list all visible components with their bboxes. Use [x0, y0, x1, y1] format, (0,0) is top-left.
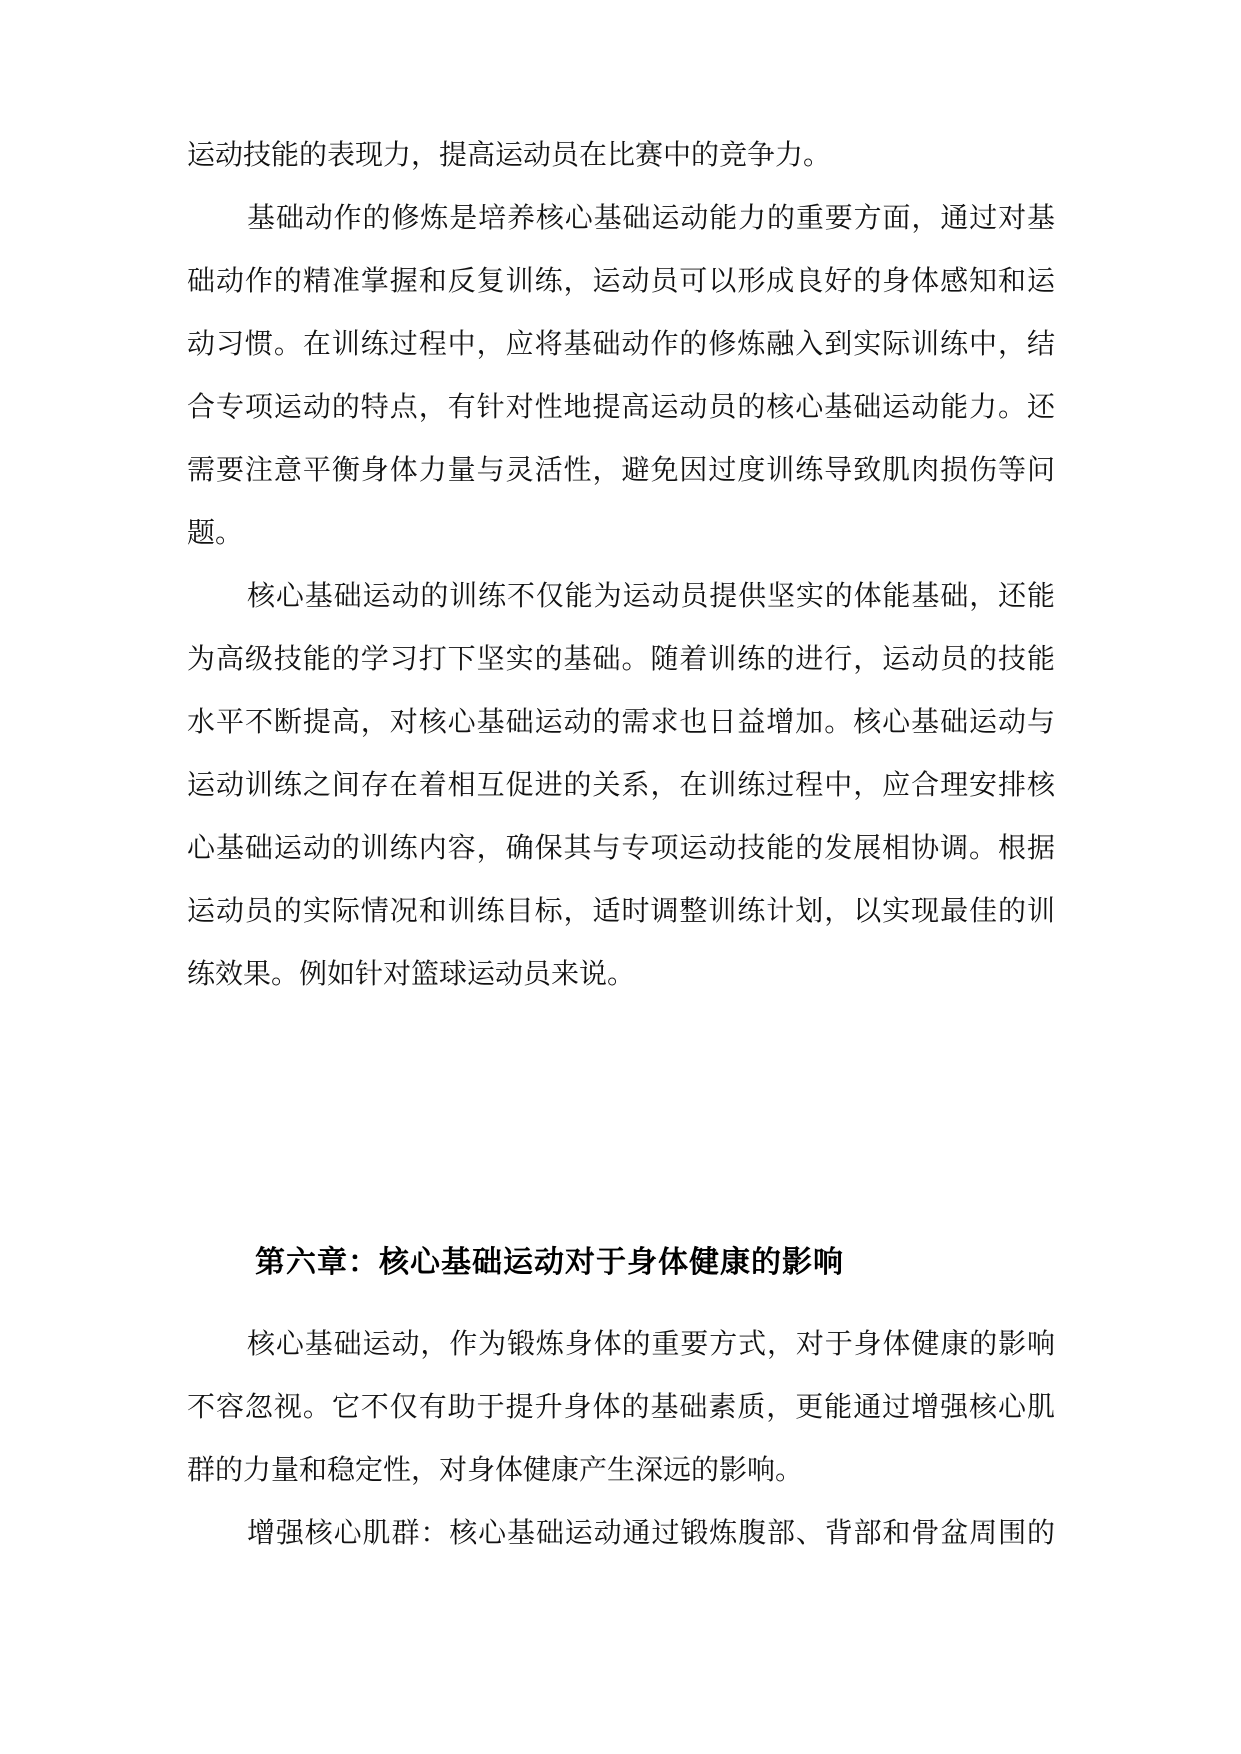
- paragraph-line: 运动训练之间存在着相互促进的关系，在训练过程中，应合理安排核: [187, 767, 1055, 803]
- paragraph-line: 需要注意平衡身体力量与灵活性，避免因过度训练导致肌肉损伤等问: [187, 452, 1055, 488]
- paragraph-line: 核心基础运动的训练不仅能为运动员提供坚实的体能基础，还能: [247, 578, 1055, 614]
- paragraph-line: 基础动作的修炼是培养核心基础运动能力的重要方面，通过对基: [247, 200, 1055, 236]
- paragraph-line: 运动员的实际情况和训练目标，适时调整训练计划，以实现最佳的训: [187, 893, 1055, 929]
- paragraph-line: 群的力量和稳定性，对身体健康产生深远的影响。: [187, 1452, 1055, 1488]
- paragraph-line: 心基础运动的训练内容，确保其与专项运动技能的发展相协调。根据: [187, 830, 1055, 866]
- paragraph-line: 础动作的精准掌握和反复训练，运动员可以形成良好的身体感知和运: [187, 263, 1055, 299]
- paragraph-line: 核心基础运动，作为锻炼身体的重要方式，对于身体健康的影响: [247, 1326, 1055, 1362]
- paragraph-line: 练效果。例如针对篮球运动员来说。: [187, 956, 1055, 992]
- document-page: 运动技能的表现力，提高运动员在比赛中的竞争力。 基础动作的修炼是培养核心基础运动…: [0, 0, 1241, 1754]
- paragraph-line: 动习惯。在训练过程中，应将基础动作的修炼融入到实际训练中，结: [187, 326, 1055, 362]
- paragraph-line: 增强核心肌群：核心基础运动通过锻炼腹部、背部和骨盆周围的: [247, 1515, 1055, 1551]
- chapter-heading: 第六章：核心基础运动对于身体健康的影响: [255, 1243, 844, 1283]
- paragraph-line: 运动技能的表现力，提高运动员在比赛中的竞争力。: [187, 137, 1055, 173]
- paragraph-line: 水平不断提高，对核心基础运动的需求也日益增加。核心基础运动与: [187, 704, 1055, 740]
- paragraph-line: 合专项运动的特点，有针对性地提高运动员的核心基础运动能力。还: [187, 389, 1055, 425]
- paragraph-line: 不容忽视。它不仅有助于提升身体的基础素质，更能通过增强核心肌: [187, 1389, 1055, 1425]
- paragraph-line: 题。: [187, 515, 1055, 551]
- paragraph-line: 为高级技能的学习打下坚实的基础。随着训练的进行，运动员的技能: [187, 641, 1055, 677]
